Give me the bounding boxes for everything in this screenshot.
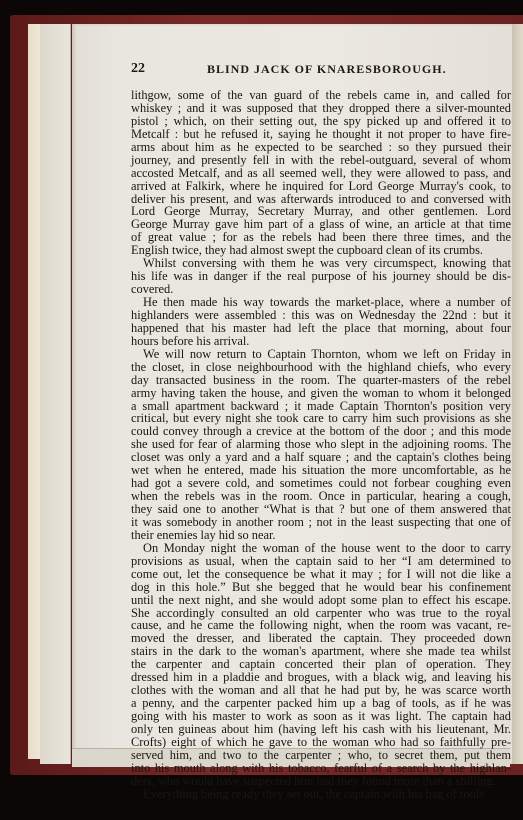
text-line: Metcalf : but he refused it, saying he t… [131, 128, 511, 141]
text-line: ders, who would have suspected him had t… [131, 775, 511, 788]
text-line: accosted Metcalf, and as all seemed well… [131, 167, 511, 180]
text-line: arms about him as he expected to be sear… [131, 141, 511, 154]
text-line: day transacted business in the room. The… [131, 374, 511, 387]
previous-leaf [40, 24, 71, 764]
text-line: it was somebody in another room ; not in… [131, 516, 511, 529]
paragraph: Whilst conversing with them he was very … [131, 257, 511, 296]
text-line: whiskey ; and it was supposed that they … [131, 102, 511, 115]
text-line: Everything being ready they set out, the… [131, 788, 511, 801]
text-line: On Monday night the woman of the house w… [131, 542, 511, 555]
body-text: lithgow, some of the van guard of the re… [131, 89, 511, 801]
text-line: served him, and two to the carpenter ; w… [131, 749, 511, 762]
text-line: lithgow, some of the van guard of the re… [131, 89, 511, 102]
text-line: they said one to another “What is that ?… [131, 503, 511, 516]
paragraph: We will now return to Captain Thornton, … [131, 348, 511, 542]
paragraph: lithgow, some of the van guard of the re… [131, 89, 511, 257]
paragraph: He then made his way towards the market-… [131, 296, 511, 348]
text-line: Crofts) eight of which he gave to the wo… [131, 736, 511, 749]
paragraph: Everything being ready they set out, the… [131, 788, 511, 801]
text-line: He then made his way towards the market-… [131, 296, 511, 309]
text-line: highlanders were assembled : this was on… [131, 309, 511, 322]
text-line: the closet, in close neighbourhood with … [131, 361, 511, 374]
text-line: his life was in danger if the real purpo… [131, 270, 511, 283]
text-line: dog in this hole.” But she begged that h… [131, 581, 511, 594]
text-line: into his mouth along with his tobacco, f… [131, 762, 511, 775]
running-head-title: BLIND JACK OF KNARESBOROUGH. [207, 62, 447, 77]
text-line: hours before his arrival. [131, 335, 511, 348]
text-line: journey, and presently fell in with the … [131, 154, 511, 167]
text-line: until the next night, and she would adop… [131, 594, 511, 607]
text-line: arrived at Falkirk, where he inquired fo… [131, 180, 511, 193]
running-head: 22 BLIND JACK OF KNARESBOROUGH. [131, 61, 511, 77]
text-line: provisions as usual, when the captain sa… [131, 555, 511, 568]
text-line: pistol ; which, on their setting out, th… [131, 115, 511, 128]
text-line: their enemies lay hid so near. [131, 529, 511, 542]
text-line: We will now return to Captain Thornton, … [131, 348, 511, 361]
paragraph: On Monday night the woman of the house w… [131, 542, 511, 788]
text-line: going with his master to work as soon as… [131, 710, 511, 723]
text-line: army having taken the house, and given t… [131, 387, 511, 400]
page-number: 22 [131, 61, 145, 77]
facing-page-edge [512, 24, 523, 764]
text-line: happened that his master had left the pl… [131, 322, 511, 335]
text-line: come out, let the consequence be what it… [131, 568, 511, 581]
text-line: only ten guineas about him (having left … [131, 723, 511, 736]
